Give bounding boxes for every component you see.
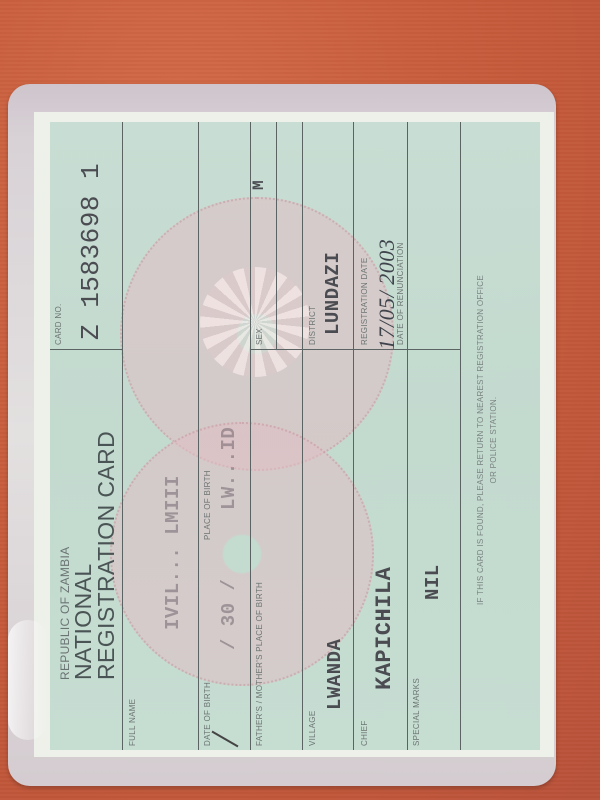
divider-footer [460, 122, 461, 750]
title-national: NATIONAL [72, 563, 95, 680]
divider-dob [198, 122, 199, 750]
divider-sex-inner [276, 122, 277, 350]
divider-place [250, 122, 251, 750]
divider-cardno [50, 349, 122, 350]
card-number-label: CARD No. [54, 303, 63, 345]
return-notice: IF THIS CARD IS FOUND, PLEASE RETURN TO … [475, 180, 501, 700]
pen-mark [212, 731, 239, 748]
district-value: LUNDAZI [322, 252, 344, 335]
full-name-label: FULL NAME [128, 699, 137, 746]
divider-chief [353, 122, 354, 750]
date-of-renunciation-label: DATE OF RENUNCIATION [396, 242, 405, 345]
return-notice-line2: OR POLICE STATION. [488, 180, 501, 700]
village-label: VILLAGE [308, 711, 317, 746]
divider-village [302, 122, 303, 750]
divider-header [122, 122, 123, 750]
district-label: DISTRICT [308, 306, 317, 345]
registration-date-label: REGISTRATION DATE [360, 258, 369, 345]
place-of-birth-value: LW...ID [218, 427, 240, 510]
registration-card: REPUBLIC OF ZAMBIA NATIONAL REGISTRATION… [50, 122, 540, 750]
full-name-value: IVIL... LMIII [162, 475, 184, 630]
parents-place-of-birth-label: FATHER'S / MOTHER'S PLACE OF BIRTH [255, 582, 264, 746]
card-content-rotated: REPUBLIC OF ZAMBIA NATIONAL REGISTRATION… [50, 122, 540, 750]
laminate-glare [8, 620, 48, 740]
chief-label: CHIEF [360, 721, 369, 747]
return-notice-line1: IF THIS CARD IS FOUND, PLEASE RETURN TO … [475, 180, 488, 700]
card-number-value: Z 1583698 1 [76, 163, 106, 340]
divider-marks [407, 122, 408, 750]
date-of-birth-label: DATE OF BIRTH [203, 682, 212, 746]
date-of-birth-value: / 30 / [218, 579, 240, 650]
special-marks-label: SPECIAL MARKS [412, 678, 421, 746]
title-registration-card: REGISTRATION CARD [95, 431, 118, 680]
sex-label: SEX [255, 328, 264, 345]
sex-value: M [250, 180, 268, 190]
chief-value: KAPICHILA [372, 567, 397, 690]
place-of-birth-label: PLACE OF BIRTH [203, 470, 212, 540]
village-value: LWANDA [324, 639, 346, 710]
special-marks-value: NIL [422, 564, 444, 600]
